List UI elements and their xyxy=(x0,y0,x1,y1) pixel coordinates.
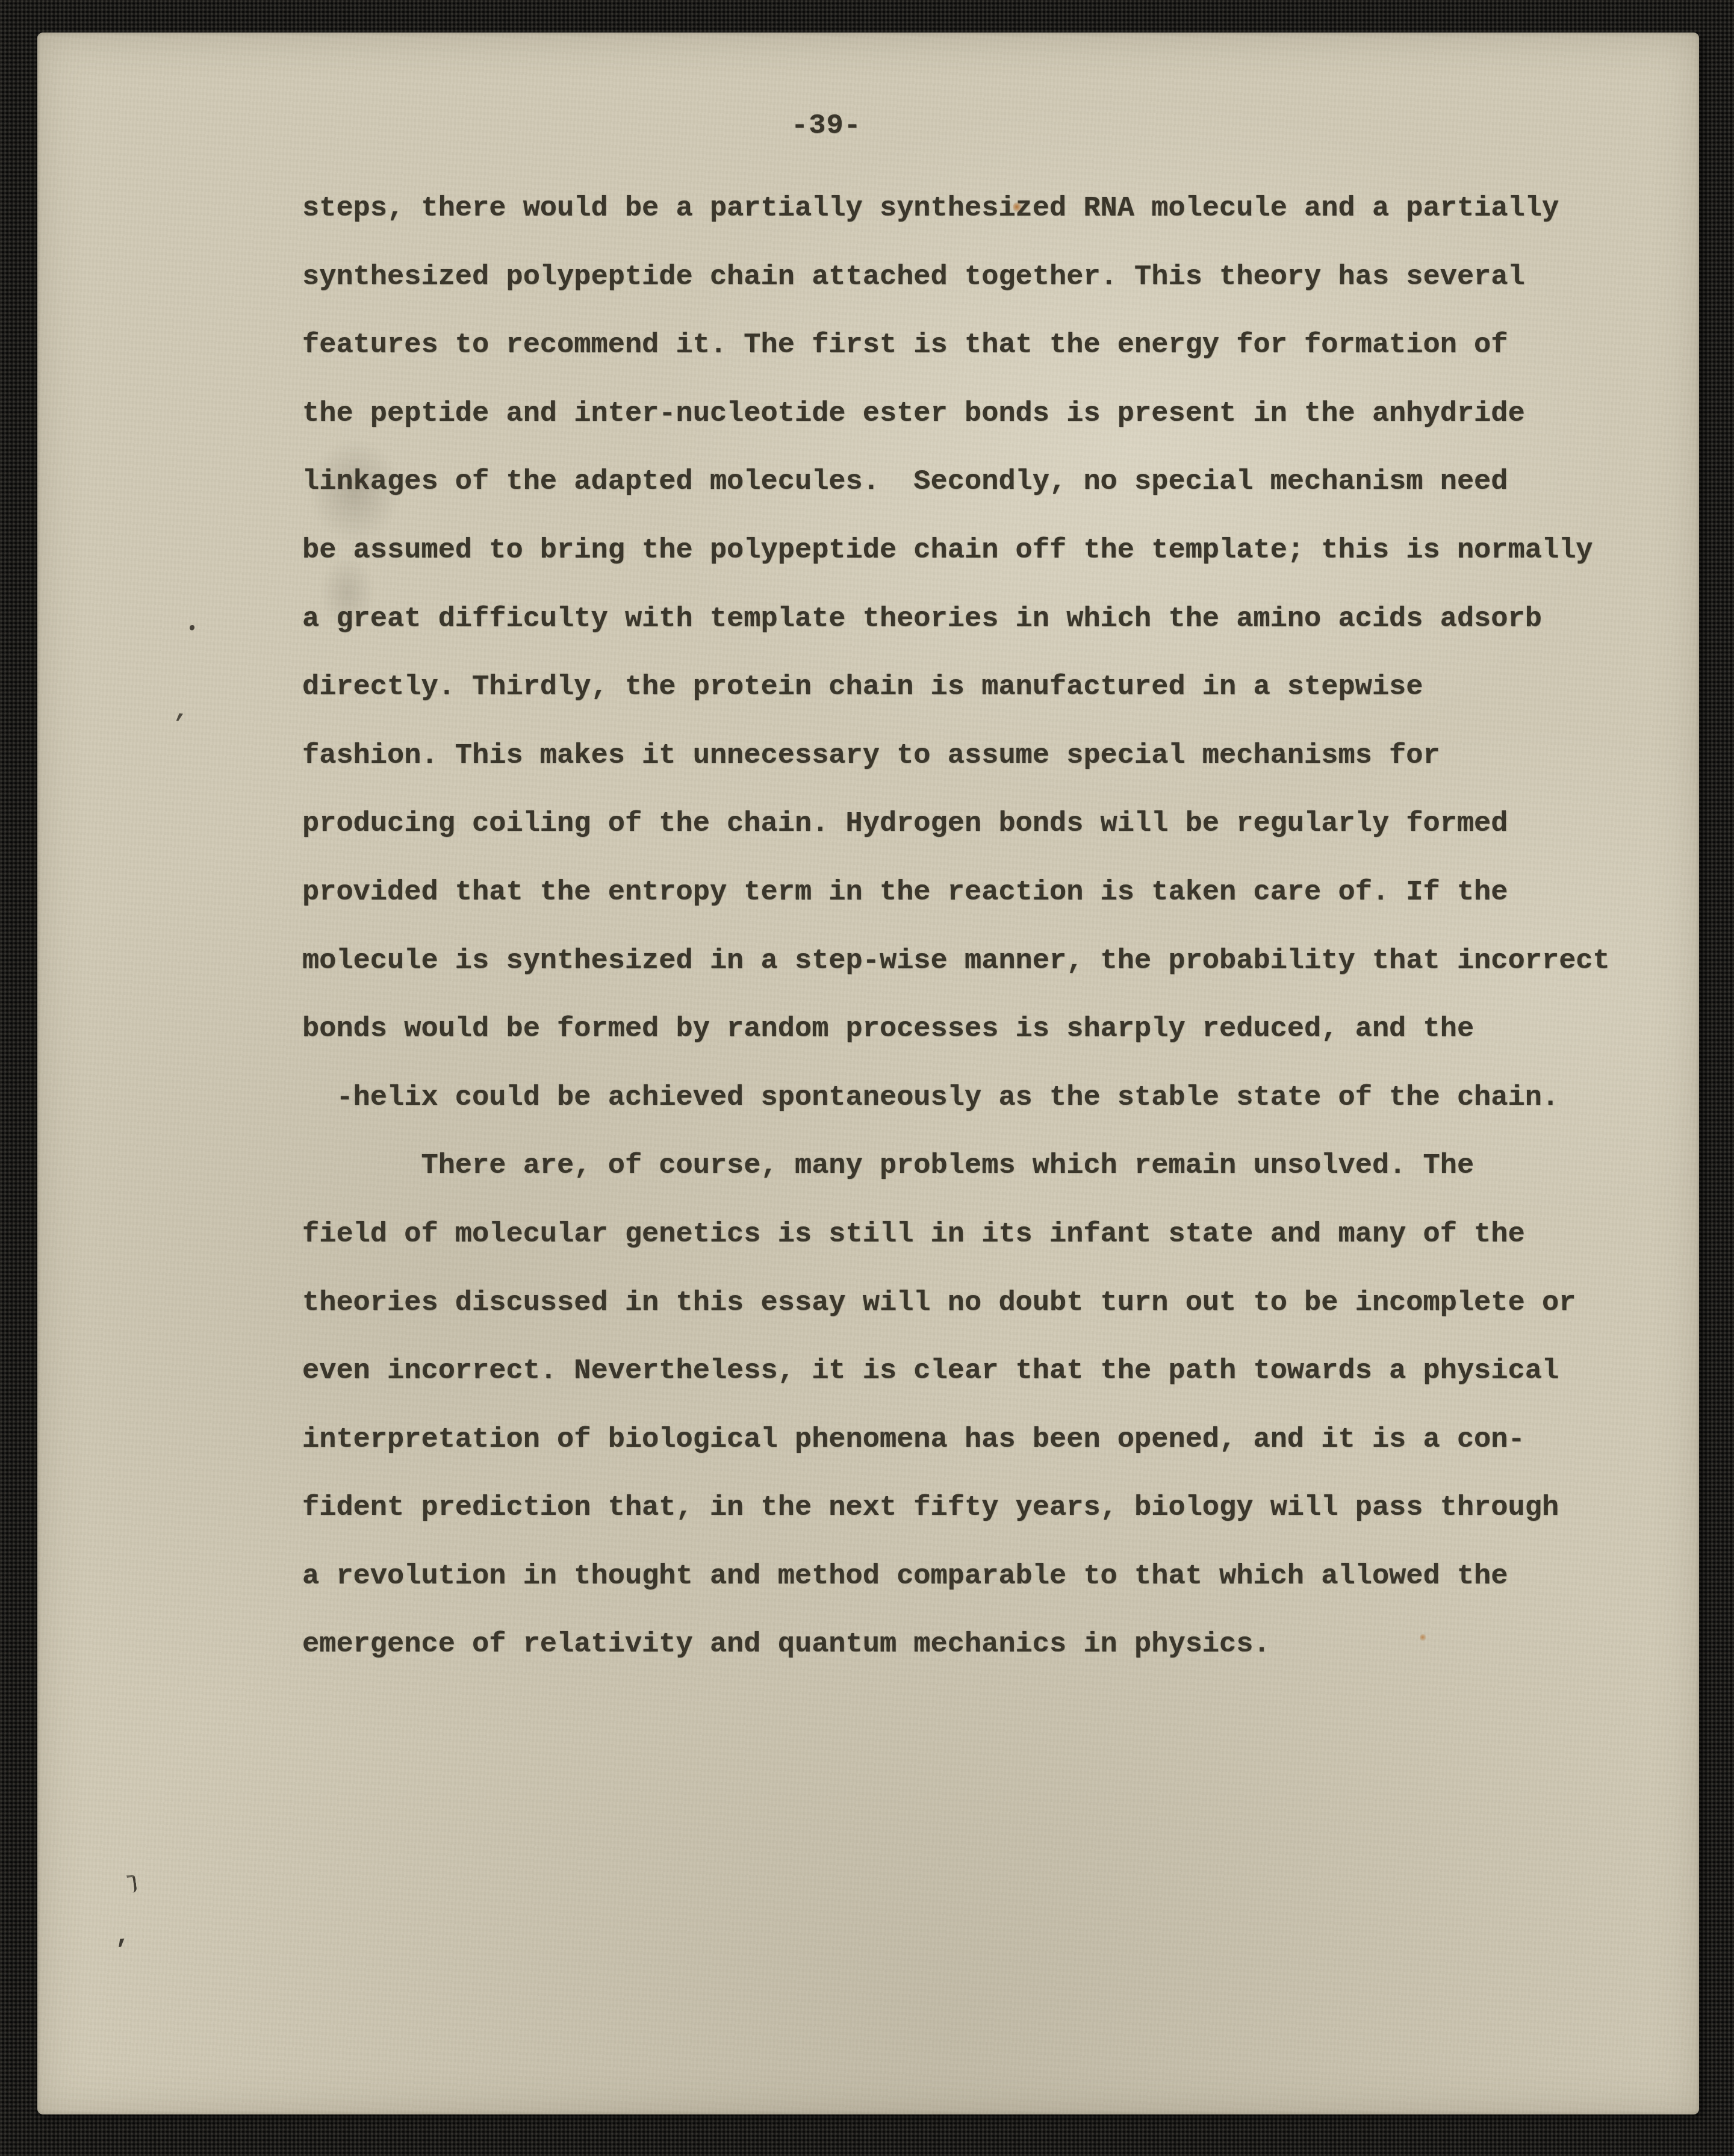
ink-dot-speck xyxy=(189,624,196,631)
ink-smudge xyxy=(309,440,400,542)
text-line: synthesized polypeptide chain attached t… xyxy=(302,243,1663,312)
paper-page: -39- steps, there would be a partially s… xyxy=(37,33,1699,2114)
text-line: fashion. This makes it unnecessary to as… xyxy=(302,722,1663,791)
text-line: even incorrect. Nevertheless, it is clea… xyxy=(302,1337,1663,1406)
text-line: theories discussed in this essay will no… xyxy=(302,1269,1663,1338)
text-line: linkages of the adapted molecules. Secon… xyxy=(302,448,1663,517)
rust-speck xyxy=(1420,1634,1426,1641)
text-line: interpretation of biological phenomena h… xyxy=(302,1406,1663,1474)
text-line: producing coiling of the chain. Hydrogen… xyxy=(302,790,1663,859)
text-line: a revolution in thought and method compa… xyxy=(302,1542,1663,1611)
text-line: -helix could be achieved spontaneously a… xyxy=(302,1064,1663,1132)
rust-speck xyxy=(1013,202,1022,213)
ink-comma-speck: , xyxy=(173,699,190,725)
text-line: a great difficulty with template theorie… xyxy=(302,585,1663,654)
text-line: steps, there would be a partially synthe… xyxy=(302,175,1663,243)
ink-apostrophe-mark: ’ xyxy=(113,1937,132,1966)
text-line: features to recommend it. The first is t… xyxy=(302,311,1663,380)
text-line: field of molecular genetics is still in … xyxy=(302,1201,1663,1269)
ink-smudge xyxy=(320,556,374,629)
text-line: bonds would be formed by random processe… xyxy=(302,995,1663,1064)
text-line: the peptide and inter-nucleotide ester b… xyxy=(302,380,1663,449)
ink-squiggle-mark xyxy=(126,1874,137,1893)
page-number: -39- xyxy=(791,110,862,143)
text-line: molecule is synthesized in a step-wise m… xyxy=(302,927,1663,996)
text-line: be assumed to bring the polypeptide chai… xyxy=(302,517,1663,585)
text-line: provided that the entropy term in the re… xyxy=(302,859,1663,927)
typewritten-text: steps, there would be a partially synthe… xyxy=(302,175,1663,1679)
text-line: fident prediction that, in the next fift… xyxy=(302,1474,1663,1542)
text-line: directly. Thirdly, the protein chain is … xyxy=(302,653,1663,722)
text-line: There are, of course, many problems whic… xyxy=(302,1132,1663,1201)
text-line: emergence of relativity and quantum mech… xyxy=(302,1611,1663,1679)
